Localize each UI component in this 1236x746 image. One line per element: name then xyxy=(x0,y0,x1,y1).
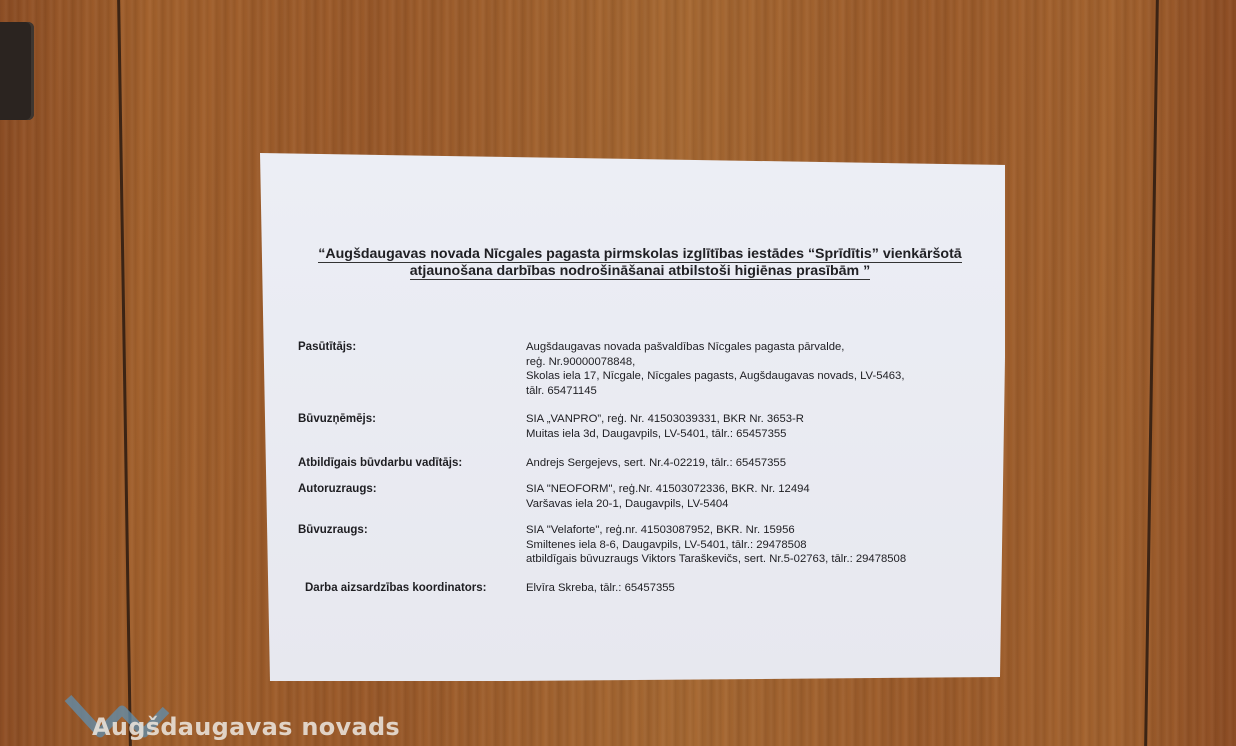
sign-title-line-1: “Augšdaugavas novada Nīcgales pagasta pi… xyxy=(318,246,961,263)
entry-value: SIA "Velaforte", reģ.nr. 41503087952, BK… xyxy=(526,523,906,567)
entry-value: Augšdaugavas novada pašvaldības Nīcgales… xyxy=(526,340,904,398)
value-line: reģ. Nr.90000078848, xyxy=(526,355,904,370)
entry-value: SIA "NEOFORM", reģ.Nr. 41503072336, BKR.… xyxy=(526,482,810,511)
entry-label: Darba aizsardzības koordinators: xyxy=(305,581,487,596)
value-line: Elvīra Skreba, tālr.: 65457355 xyxy=(526,581,675,596)
entry-value: Andrejs Sergejevs, sert. Nr.4-02219, tāl… xyxy=(526,456,786,471)
sign-title: “Augšdaugavas novada Nīcgales pagasta pi… xyxy=(300,246,980,280)
value-line: Augšdaugavas novada pašvaldības Nīcgales… xyxy=(526,340,904,355)
door-handle xyxy=(0,22,34,120)
entry-value: Elvīra Skreba, tālr.: 65457355 xyxy=(526,581,675,596)
construction-info-sign: “Augšdaugavas novada Nīcgales pagasta pi… xyxy=(260,153,1005,681)
sign-title-line-2: atjaunošana darbības nodrošināšanai atbi… xyxy=(410,263,870,280)
value-line: Andrejs Sergejevs, sert. Nr.4-02219, tāl… xyxy=(526,456,786,471)
entry-label: Būvuzņēmējs: xyxy=(298,412,376,427)
value-line: Varšavas iela 20-1, Daugavpils, LV-5404 xyxy=(526,497,810,512)
value-line: atbildīgais būvuzraugs Viktors Taraškevi… xyxy=(526,552,906,567)
value-line: tālr. 65471145 xyxy=(526,384,904,399)
entry-value: SIA „VANPRO”, reģ. Nr. 41503039331, BKR … xyxy=(526,412,804,441)
entry-label: Pasūtītājs: xyxy=(298,340,356,355)
value-line: SIA "Velaforte", reģ.nr. 41503087952, BK… xyxy=(526,523,906,538)
entry-label: Būvuzraugs: xyxy=(298,523,368,538)
value-line: Skolas iela 17, Nīcgale, Nīcgales pagast… xyxy=(526,369,904,384)
watermark-text: Augšdaugavas novads xyxy=(92,713,400,741)
entry-label: Atbildīgais būvdarbu vadītājs: xyxy=(298,456,462,471)
value-line: SIA „VANPRO”, reģ. Nr. 41503039331, BKR … xyxy=(526,412,804,427)
value-line: SIA "NEOFORM", reģ.Nr. 41503072336, BKR.… xyxy=(526,482,810,497)
entry-label: Autoruzraugs: xyxy=(298,482,377,497)
value-line: Smiltenes iela 8-6, Daugavpils, LV-5401,… xyxy=(526,538,906,553)
value-line: Muitas iela 3d, Daugavpils, LV-5401, tāl… xyxy=(526,427,804,442)
